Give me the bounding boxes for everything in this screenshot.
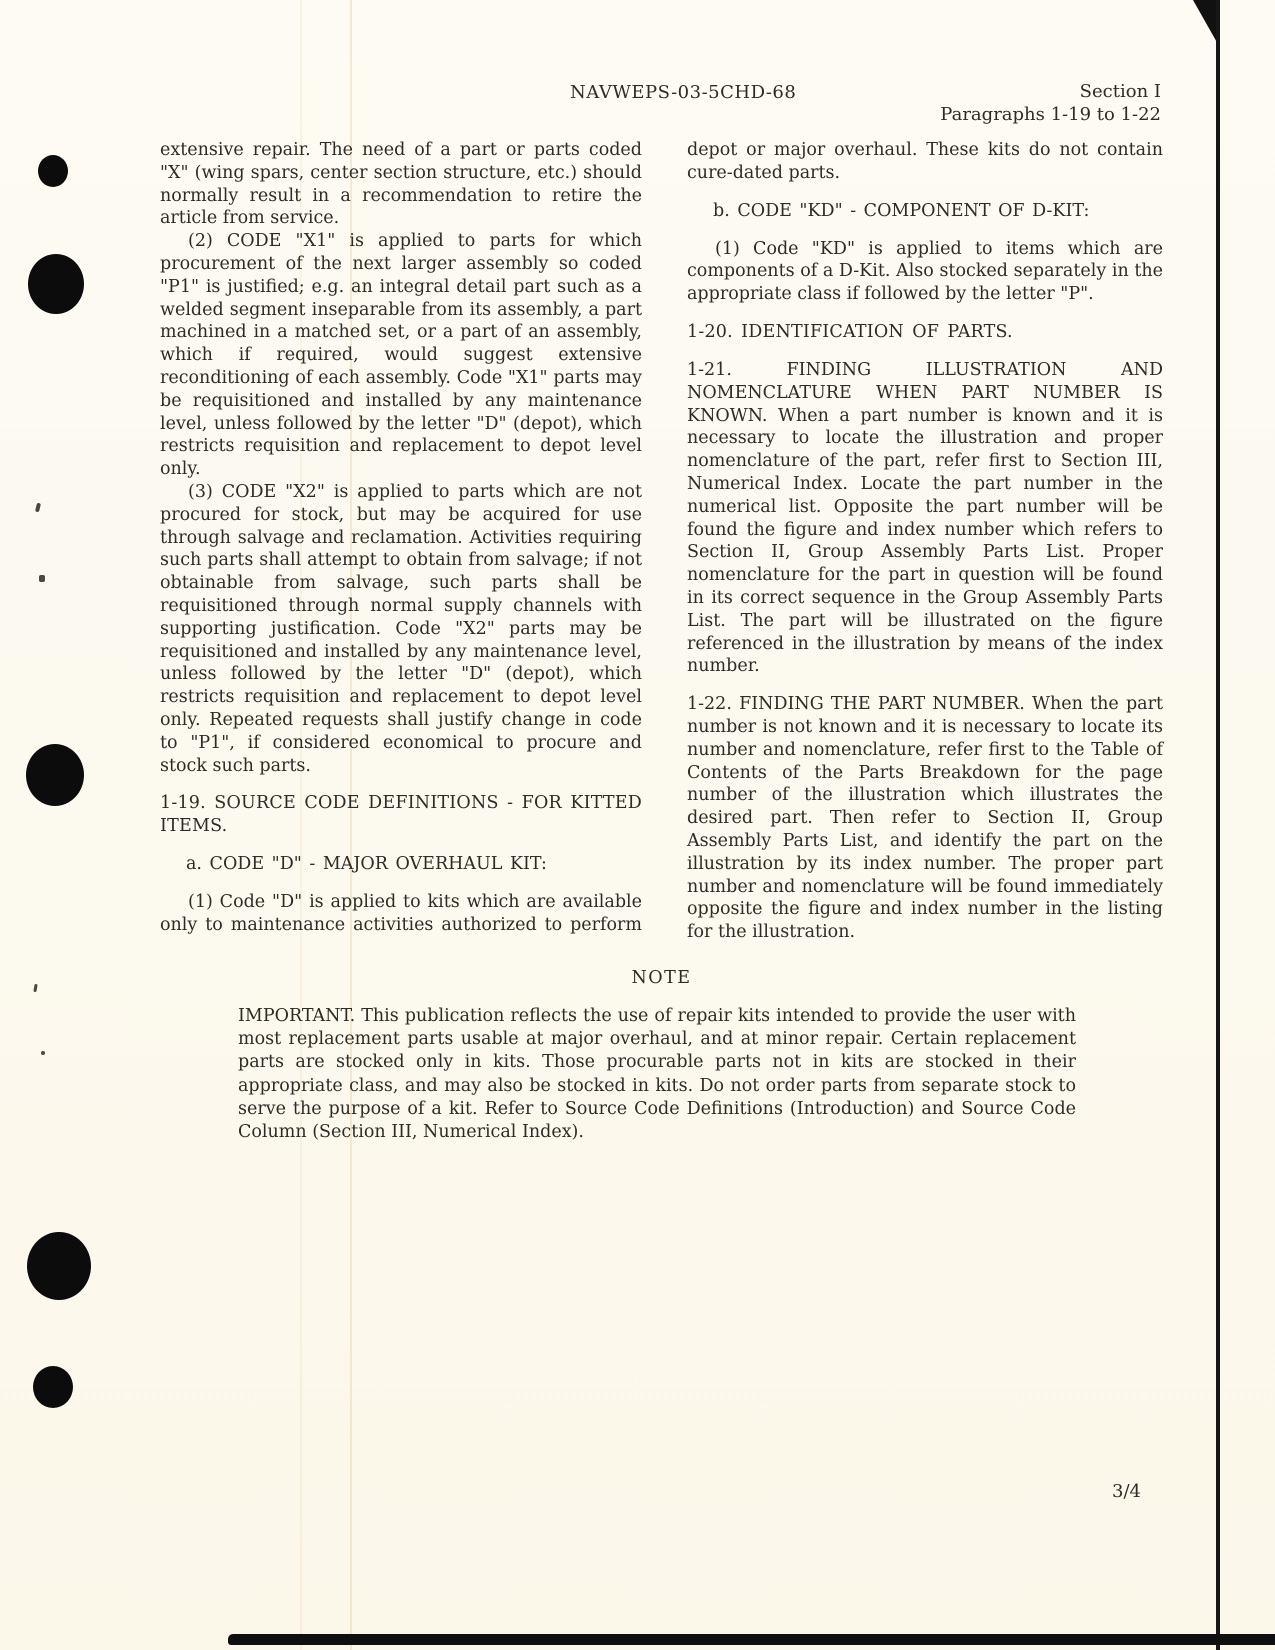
page-edge-line xyxy=(1216,0,1220,1650)
note-paragraph: IMPORTANT. This publication reflects the… xyxy=(238,1005,1076,1144)
note-label: NOTE xyxy=(160,968,1163,988)
paragraph: 1-22. FINDING THE PART NUMBER. When the … xyxy=(687,693,1163,944)
left-column: extensive repair. The need of a part or … xyxy=(160,139,642,944)
punch-hole xyxy=(38,155,68,187)
page-header: NAVWEPS-03-5CHD-68 Section I Paragraphs … xyxy=(160,80,1163,130)
punch-hole xyxy=(26,744,84,806)
doc-number: NAVWEPS-03-5CHD-68 xyxy=(570,82,796,103)
sub-heading: a. CODE "D" - MAJOR OVERHAUL KIT: xyxy=(186,853,642,876)
punch-hole xyxy=(33,1366,73,1408)
paragraph: (1) Code "D" is applied to kits which ar… xyxy=(160,891,642,937)
scan-speck xyxy=(35,503,41,513)
paragraph-range: Paragraphs 1-19 to 1-22 xyxy=(940,103,1161,126)
two-column-body: extensive repair. The need of a part or … xyxy=(160,139,1163,944)
punch-hole xyxy=(27,1232,91,1300)
section-label: Section I xyxy=(940,80,1161,103)
section-heading: 1-20. IDENTIFICATION OF PARTS. xyxy=(687,321,1163,344)
sub-heading: b. CODE "KD" - COMPONENT OF D-KIT: xyxy=(713,200,1163,223)
section-heading: 1-19. SOURCE CODE DEFINITIONS - FOR KITT… xyxy=(160,792,642,838)
paragraph: (1) Code "KD" is applied to items which … xyxy=(687,238,1163,306)
right-column: depot or major overhaul. These kits do n… xyxy=(687,139,1163,944)
paragraph: extensive repair. The need of a part or … xyxy=(160,139,642,230)
punch-hole xyxy=(28,254,84,314)
scan-speck xyxy=(41,1051,45,1055)
scan-speck xyxy=(39,575,45,582)
paragraph: (3) CODE "X2" is applied to parts which … xyxy=(160,481,642,777)
scan-speck xyxy=(33,984,37,992)
paragraph: (2) CODE "X1" is applied to parts for wh… xyxy=(160,230,642,481)
page-content: NAVWEPS-03-5CHD-68 Section I Paragraphs … xyxy=(160,80,1163,1144)
document-page: NAVWEPS-03-5CHD-68 Section I Paragraphs … xyxy=(0,0,1275,1650)
note-section: NOTE IMPORTANT. This publication reflect… xyxy=(160,968,1163,1144)
paragraph: 1-21. FINDING ILLUSTRATION AND NOMENCLAT… xyxy=(687,359,1163,678)
page-bottom-edge xyxy=(228,1634,1275,1645)
paragraph: depot or major overhaul. These kits do n… xyxy=(687,139,1163,185)
page-number: 3/4 xyxy=(1112,1481,1141,1502)
header-right: Section I Paragraphs 1-19 to 1-22 xyxy=(940,80,1161,126)
